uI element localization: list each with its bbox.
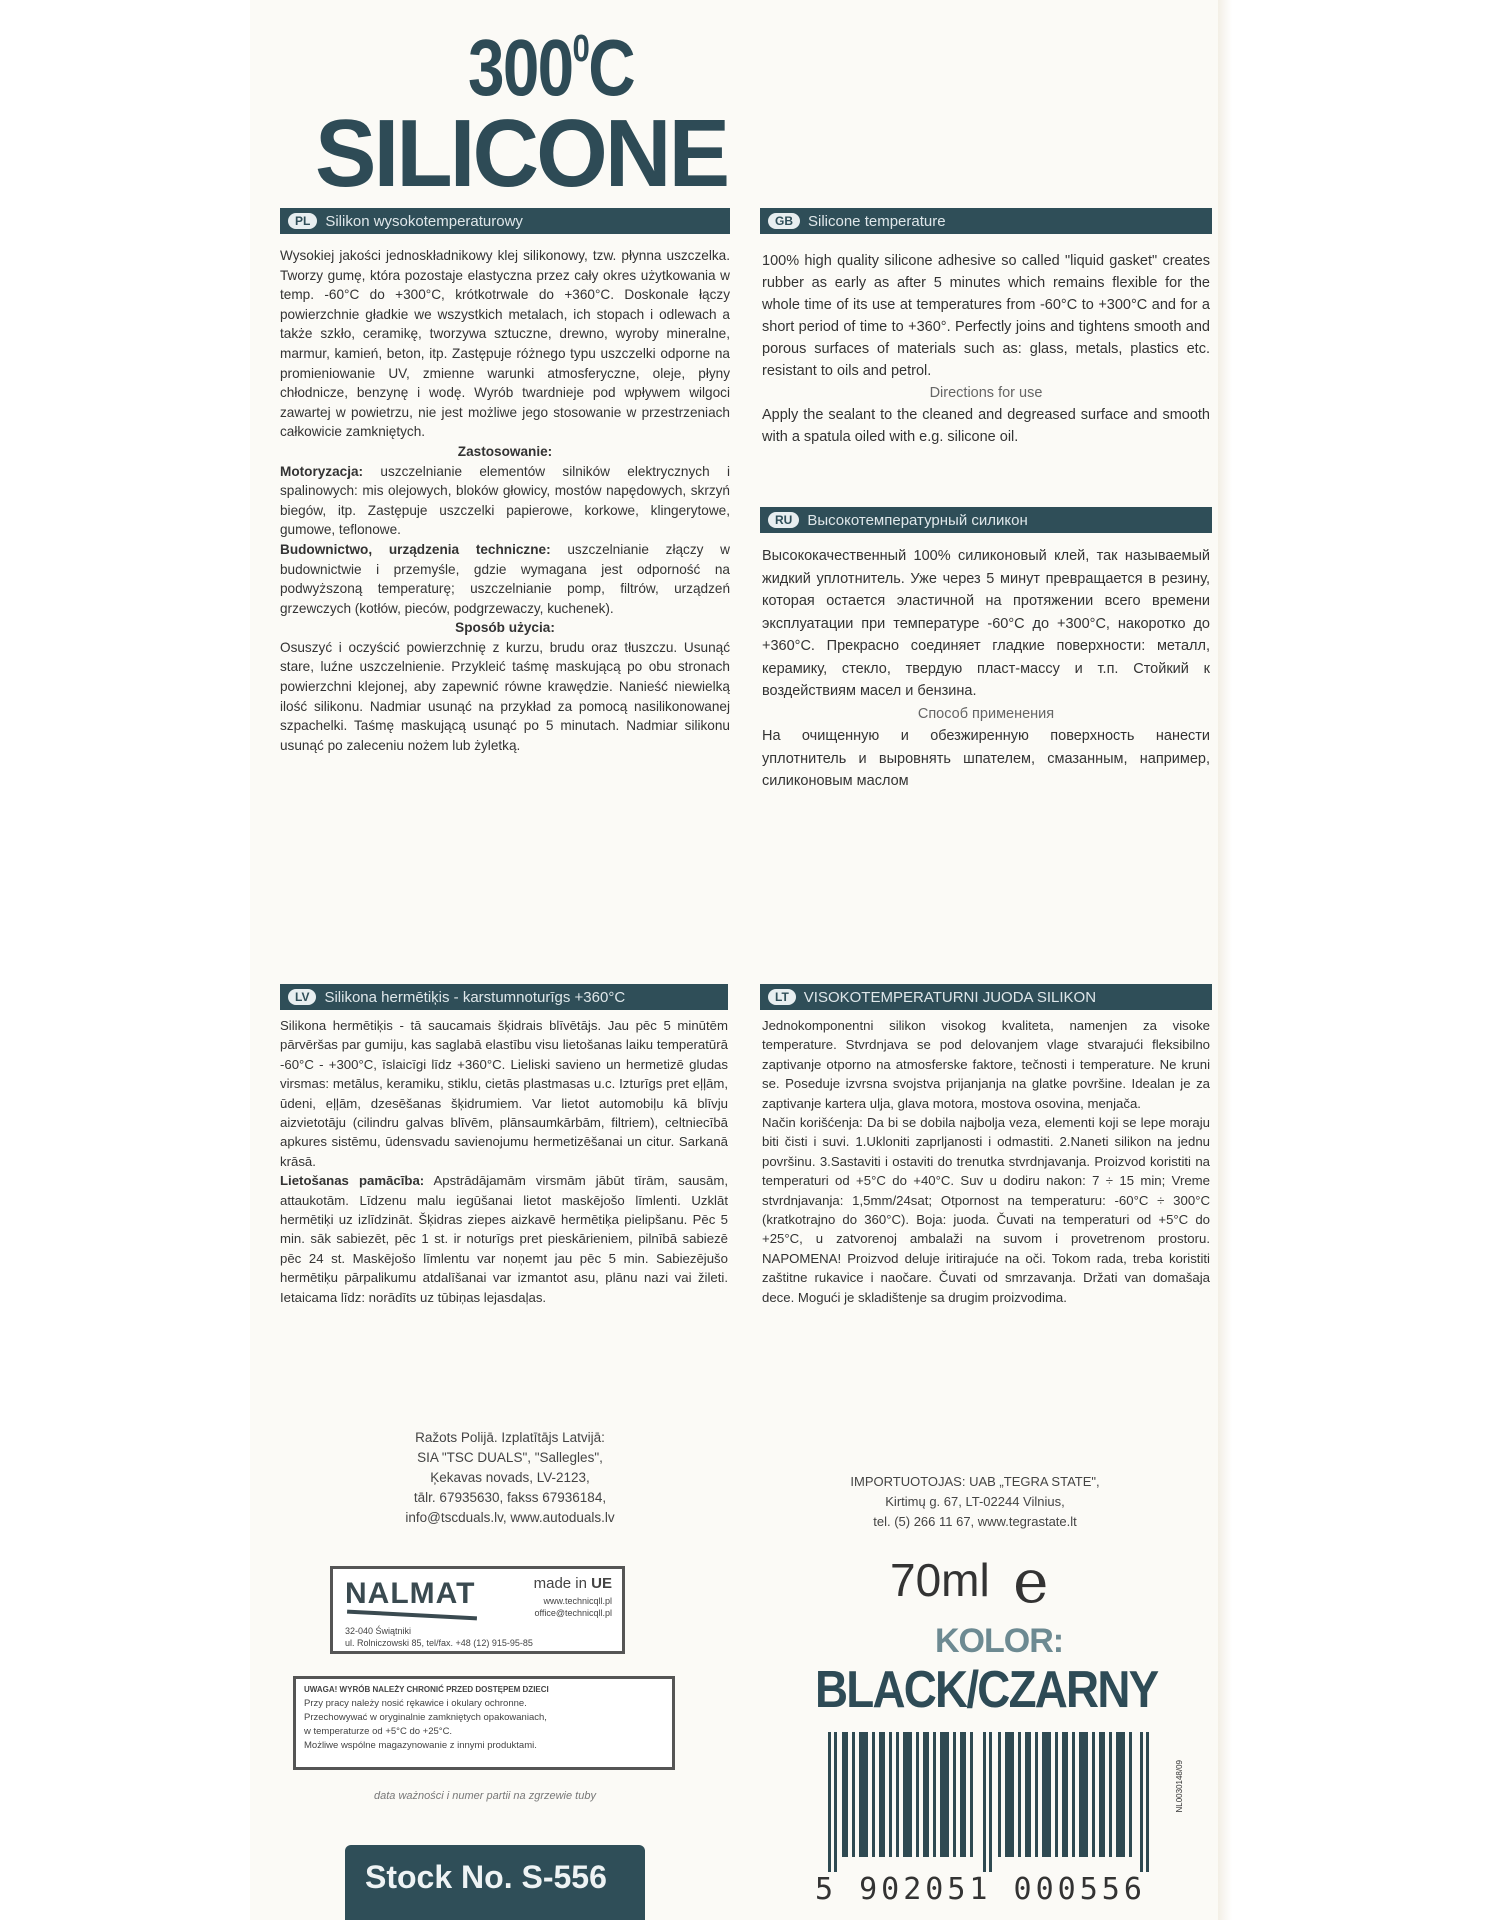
address-line: Ražots Polijā. Izplatītājs Latvijā: (330, 1428, 690, 1448)
gb-directions-heading: Directions for use (762, 382, 1210, 404)
importer-line: Kirtimų g. 67, LT-02244 Vilnius, (795, 1492, 1155, 1512)
manufacturer-city: 32-040 Świątniki (345, 1625, 533, 1637)
pl-usage-build-label: Budownictwo, urządzenia techniczne: (280, 542, 551, 557)
warning-title: UWAGA! WYRÓB NALEŻY CHRONIĆ PRZED DOSTĘP… (304, 1683, 664, 1697)
section-body-ru: Высококачественный 100% силиконовый клей… (762, 545, 1210, 793)
section-header-lv: LV Silikona hermētiķis - karstumnoturīgs… (280, 984, 728, 1010)
warning-line: Przechowywać w oryginalnie zamkniętych o… (304, 1711, 664, 1725)
pl-method-heading: Sposób użycia: (280, 618, 730, 638)
flag-ru-icon: RU (768, 512, 799, 528)
lv-distributor-address: Ražots Polijā. Izplatītājs Latvijā: SIA … (330, 1428, 690, 1528)
lv-usage: Lietošanas pamācība: Apstrādājamām virsm… (280, 1171, 728, 1307)
nalmat-logo: NALMAT (345, 1577, 475, 1611)
warning-line: w temperaturze od +5°C do +25°C. (304, 1725, 664, 1739)
flag-pl-icon: PL (288, 213, 317, 229)
section-title-pl: Silikon wysokotemperaturowy (325, 213, 523, 230)
made-in: made in UE (534, 1575, 612, 1592)
pl-usage-build: Budownictwo, urządzenia techniczne: uszc… (280, 540, 730, 618)
lt-method-text: Da bi se dobila najbolja veza, elementi … (762, 1115, 1210, 1305)
address-line: tālr. 67935630, fakss 67936184, (330, 1488, 690, 1508)
importer-line: IMPORTUOTOJAS: UAB „TEGRA STATE", (795, 1472, 1155, 1492)
manufacturer-address: 32-040 Świątniki ul. Rolniczowski 85, te… (345, 1625, 533, 1649)
lv-usage-label: Lietošanas pamācība: (280, 1173, 424, 1188)
temperature-value: 300 (468, 23, 573, 112)
importer-line[interactable]: tel. (5) 266 11 67, www.tegrastate.lt (795, 1512, 1155, 1532)
made-in-prefix: made in (534, 1575, 587, 1592)
section-title-ru: Высокотемпературный силикон (807, 512, 1027, 529)
section-header-pl: PL Silikon wysokotemperaturowy (280, 208, 730, 234)
volume: 70ml (890, 1553, 990, 1607)
ru-intro: Высококачественный 100% силиконовый клей… (762, 545, 1210, 703)
pl-usage-auto-label: Motoryzacja: (280, 464, 363, 479)
section-header-gb: GB Silicone temperature (760, 208, 1212, 234)
color-value: BLACK/CZARNY (815, 1660, 1157, 1720)
gb-directions: Apply the sealant to the cleaned and deg… (762, 404, 1210, 448)
ru-method: На очищенную и обезжиренную поверхность … (762, 725, 1210, 793)
stock-number-badge: Stock No. S-556 (345, 1845, 645, 1920)
barcode-digits: 5 902051 000556 (815, 1872, 1146, 1907)
color-label: KOLOR: (935, 1622, 1063, 1661)
lt-intro: Jednokomponentni silikon visokog kvalite… (762, 1016, 1210, 1113)
manufacturer-box: NALMAT made in UE www.technicqll.pl offi… (330, 1566, 625, 1654)
product-title: SILICONE (315, 106, 727, 202)
lt-method: Način korišćenja: Da bi se dobila najbol… (762, 1113, 1210, 1307)
flag-lv-icon: LV (288, 989, 316, 1005)
flag-lt-icon: LT (768, 989, 796, 1005)
section-body-pl: Wysokiej jakości jednoskładnikowy klej s… (280, 246, 730, 755)
section-title-lt: VISOKOTEMPERATURNI JUODA SILIKON (804, 989, 1096, 1006)
address-line: Ķekavas novads, LV-2123, (330, 1468, 690, 1488)
manufacturer-contacts: www.technicqll.pl office@technicqll.pl (534, 1595, 612, 1619)
manufacturer-email[interactable]: office@technicqll.pl (534, 1607, 612, 1619)
address-line[interactable]: info@tscduals.lv, www.autoduals.lv (330, 1508, 690, 1528)
ru-method-heading: Способ применения (762, 703, 1210, 726)
pl-intro: Wysokiej jakości jednoskładnikowy klej s… (280, 246, 730, 442)
section-title-lv: Silikona hermētiķis - karstumnoturīgs +3… (324, 989, 625, 1006)
warning-line: Przy pracy należy nosić rękawice i okula… (304, 1697, 664, 1711)
address-line: SIA "TSC DUALS", "Sallegles", (330, 1448, 690, 1468)
made-in-region: UE (591, 1575, 612, 1592)
section-title-gb: Silicone temperature (808, 213, 946, 230)
section-body-gb: 100% high quality silicone adhesive so c… (762, 250, 1210, 448)
manufacturer-street: ul. Rolniczowski 85, tel/fax. +48 (12) 9… (345, 1637, 533, 1649)
label-edge (1218, 0, 1232, 1920)
logo-underline-icon (347, 1610, 477, 1621)
manufacturer-website[interactable]: www.technicqll.pl (534, 1595, 612, 1607)
pl-method: Osuszyć i oczyścić powierzchnię z kurzu,… (280, 638, 730, 756)
degree-symbol: 0 (573, 28, 589, 70)
expiry-note: data ważności i numer partii na zgrzewie… (320, 1790, 650, 1802)
lv-intro: Silikona hermētiķis - tā saucamais šķidr… (280, 1016, 728, 1171)
section-header-ru: RU Высокотемпературный силикон (760, 507, 1212, 533)
pl-usage-auto: Motoryzacja: uszczelnianie elementów sil… (280, 462, 730, 540)
section-header-lt: LT VISOKOTEMPERATURNI JUODA SILIKON (760, 984, 1212, 1010)
section-body-lt: Jednokomponentni silikon visokog kvalite… (762, 1016, 1210, 1307)
flag-gb-icon: GB (768, 213, 800, 229)
warning-box: UWAGA! WYRÓB NALEŻY CHRONIĆ PRZED DOSTĘP… (293, 1676, 675, 1770)
temperature-title: 3000C (468, 28, 634, 108)
lv-usage-text: Apstrādājamām virsmām jābūt tīrām, sausā… (280, 1173, 728, 1304)
lt-method-label: Način korišćenja: (762, 1115, 863, 1130)
barcode-side-code: NL0030148/09 (1175, 1760, 1184, 1813)
barcode-icon (828, 1732, 1158, 1872)
importer-address: IMPORTUOTOJAS: UAB „TEGRA STATE", Kirtim… (795, 1472, 1155, 1532)
warning-line: Możliwe wspólne magazynowanie z innymi p… (304, 1739, 664, 1753)
estimated-e-mark-icon: e (1013, 1558, 1049, 1606)
unit-suffix: C (588, 23, 634, 112)
gb-intro: 100% high quality silicone adhesive so c… (762, 250, 1210, 382)
pl-usage-heading: Zastosowanie: (280, 442, 730, 462)
section-body-lv: Silikona hermētiķis - tā saucamais šķidr… (280, 1016, 728, 1307)
